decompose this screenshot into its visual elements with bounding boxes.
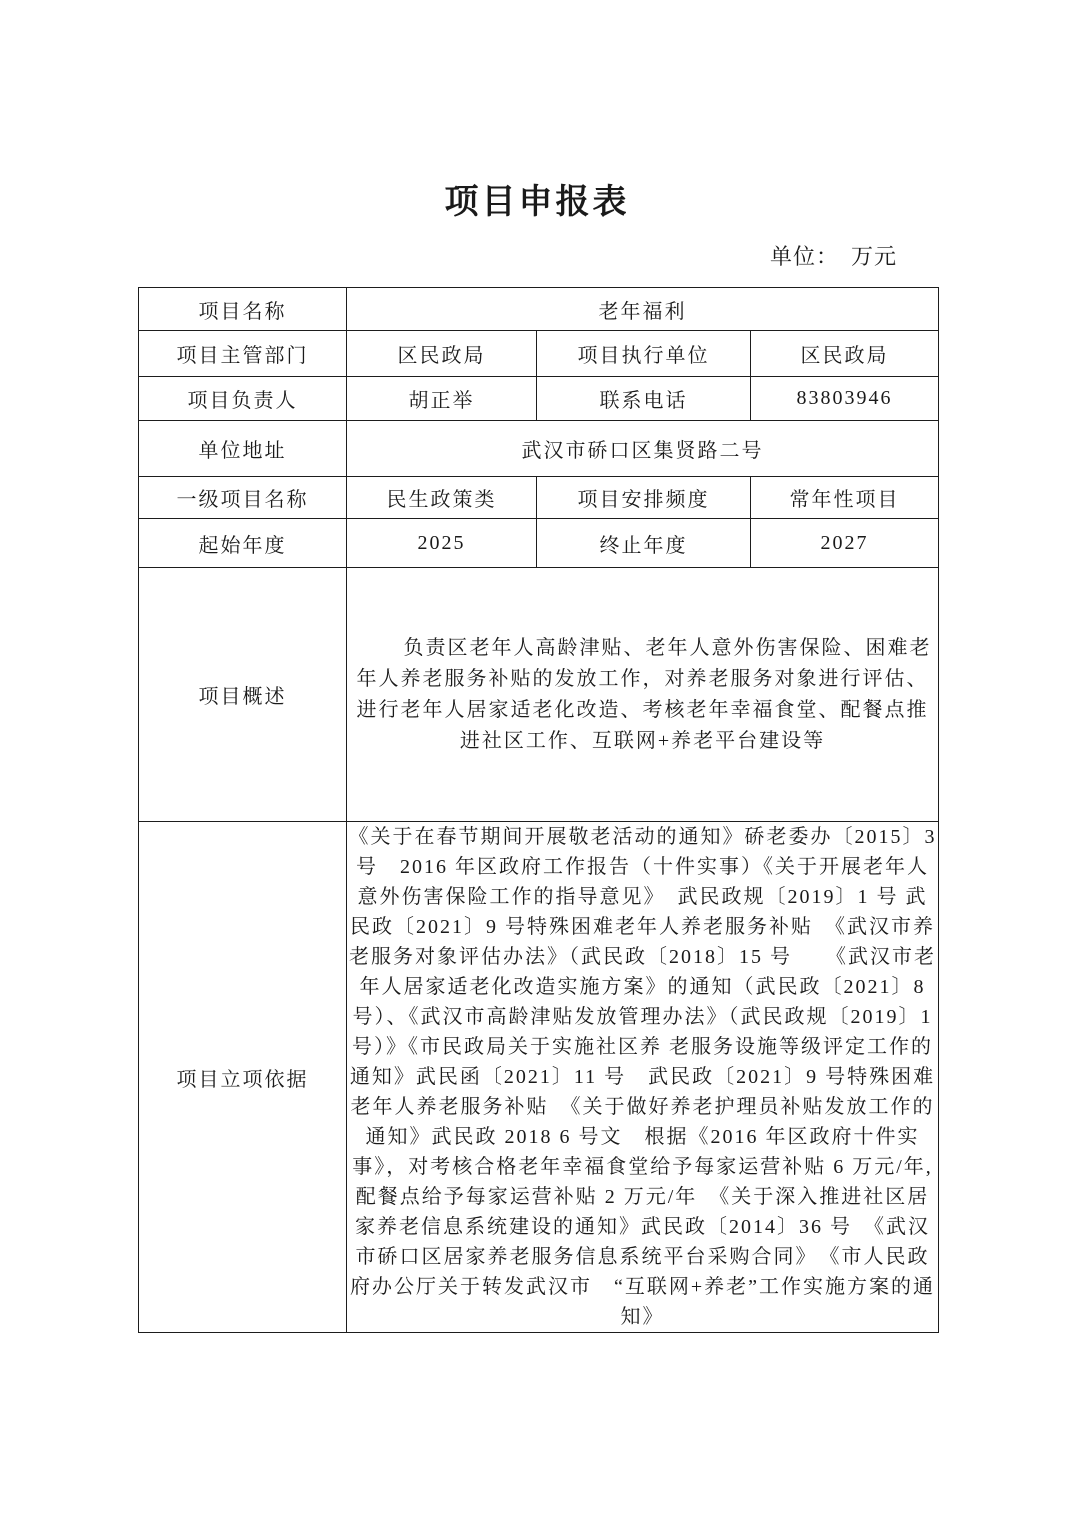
dept-label: 项目主管部门 [139, 331, 347, 377]
phone-label: 联系电话 [537, 377, 751, 421]
page-title: 项目申报表 [0, 174, 1074, 223]
dept-value: 区民政局 [347, 331, 537, 377]
start-year-label: 起始年度 [139, 519, 347, 568]
end-year-label: 终止年度 [537, 519, 751, 568]
row-leader-phone: 项目负责人 胡正举 联系电话 83803946 [139, 377, 939, 421]
unit-label: 单位： 万元 [770, 240, 897, 271]
start-year-value: 2025 [347, 519, 537, 568]
row-overview: 项目概述 负责区老年人高龄津贴、老年人意外伤害保险、困难老年人养老服务补贴的发放… [139, 568, 939, 822]
project-form-table: 项目名称 老年福利 项目主管部门 区民政局 项目执行单位 区民政局 项目负责人 … [138, 287, 939, 1333]
project-name-value: 老年福利 [347, 288, 939, 331]
leader-label: 项目负责人 [139, 377, 347, 421]
overview-label: 项目概述 [139, 568, 347, 822]
address-value: 武汉市硚口区集贤路二号 [347, 421, 939, 477]
basis-text: 《关于在春节期间开展敬老活动的通知》硚老委办〔2015〕3 号 2016 年区政… [347, 822, 939, 1333]
level1-label: 一级项目名称 [139, 477, 347, 519]
leader-value: 胡正举 [347, 377, 537, 421]
freq-label: 项目安排频度 [537, 477, 751, 519]
freq-value: 常年性项目 [751, 477, 939, 519]
phone-value: 83803946 [751, 377, 939, 421]
address-label: 单位地址 [139, 421, 347, 477]
project-name-label: 项目名称 [139, 288, 347, 331]
row-address: 单位地址 武汉市硚口区集贤路二号 [139, 421, 939, 477]
row-basis: 项目立项依据 《关于在春节期间开展敬老活动的通知》硚老委办〔2015〕3 号 2… [139, 822, 939, 1333]
row-years: 起始年度 2025 终止年度 2027 [139, 519, 939, 568]
row-project-name: 项目名称 老年福利 [139, 288, 939, 331]
level1-value: 民生政策类 [347, 477, 537, 519]
exec-unit-value: 区民政局 [751, 331, 939, 377]
row-departments: 项目主管部门 区民政局 项目执行单位 区民政局 [139, 331, 939, 377]
basis-label: 项目立项依据 [139, 822, 347, 1333]
row-level1-freq: 一级项目名称 民生政策类 项目安排频度 常年性项目 [139, 477, 939, 519]
document-page: 项目申报表 单位： 万元 项目名称 老年福利 项目主管部门 区民政局 项目执行单… [0, 0, 1074, 1520]
exec-unit-label: 项目执行单位 [537, 331, 751, 377]
overview-text: 负责区老年人高龄津贴、老年人意外伤害保险、困难老年人养老服务补贴的发放工作，对养… [347, 568, 939, 822]
end-year-value: 2027 [751, 519, 939, 568]
